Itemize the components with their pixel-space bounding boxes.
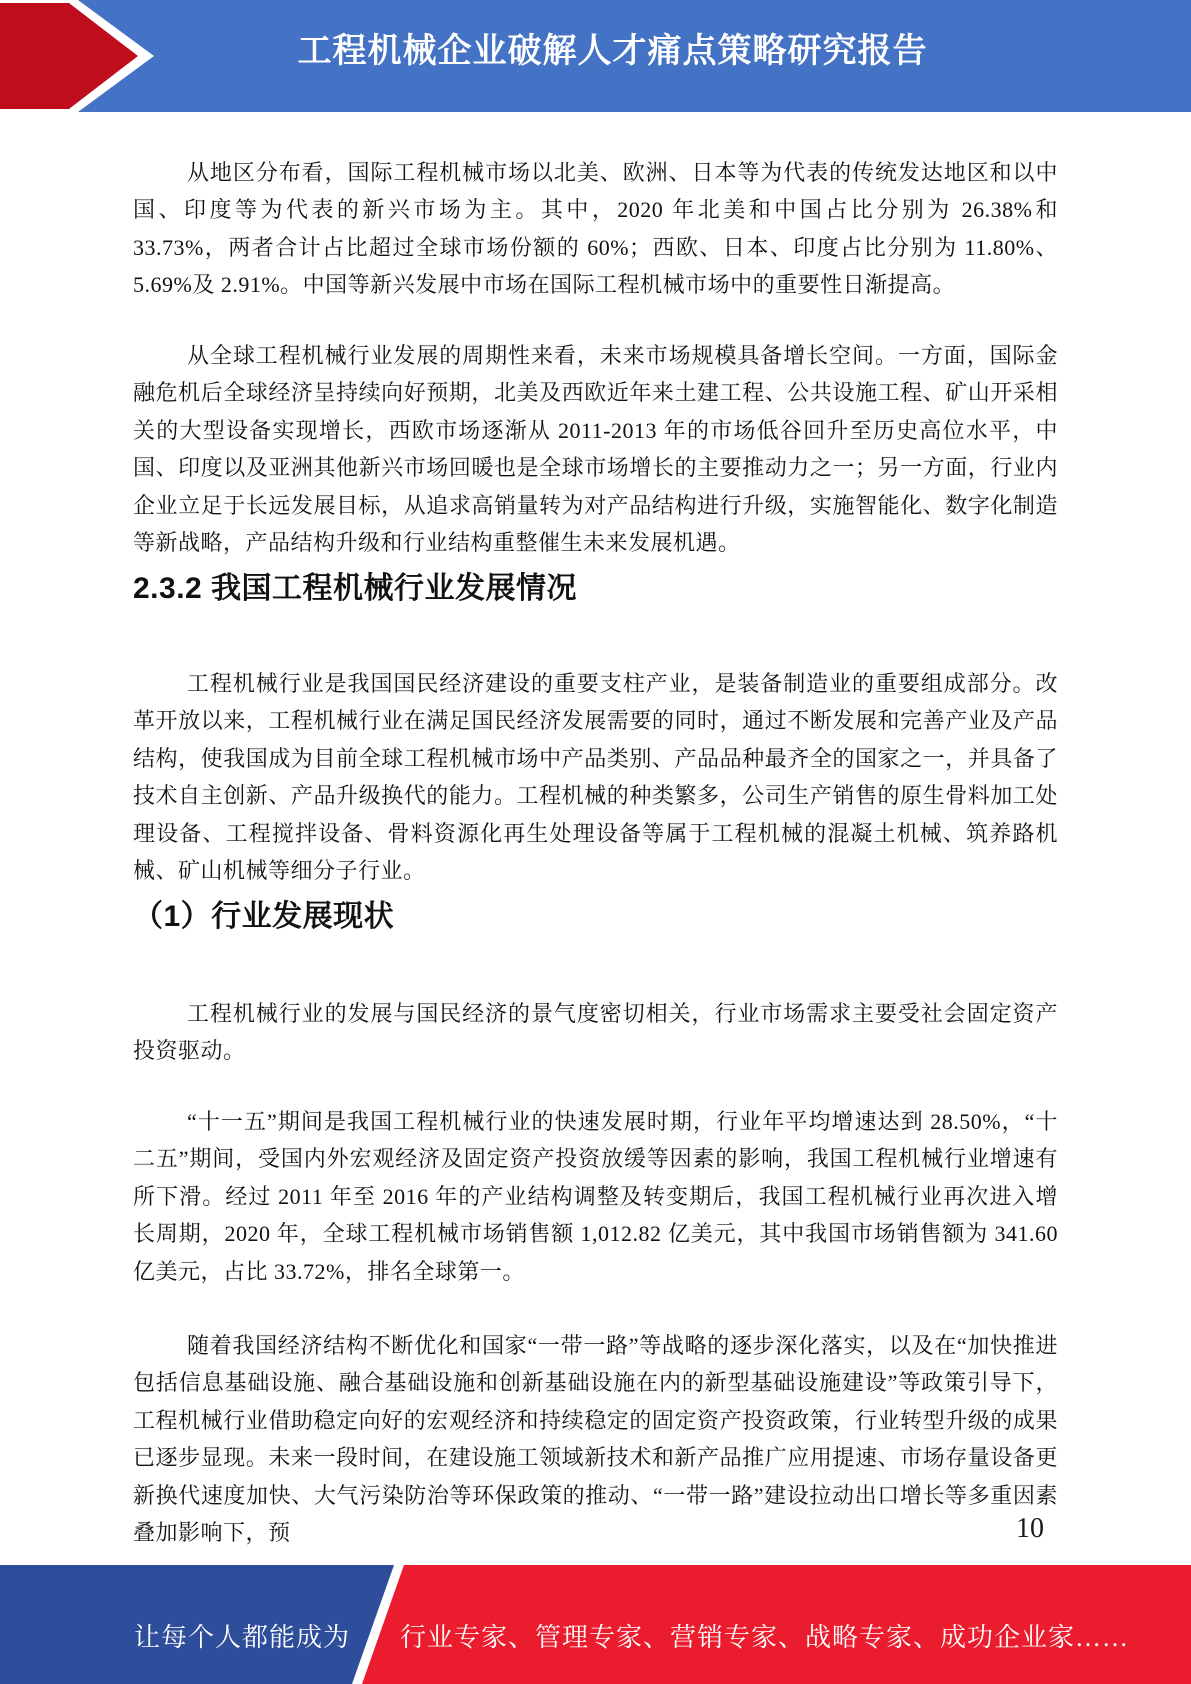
section-heading-2-3-2: 2.3.2 我国工程机械行业发展情况	[133, 569, 1058, 609]
footer-slogan-right: 行业专家、管理专家、营销专家、战略专家、成功企业家……	[400, 1625, 1160, 1651]
header-banner: 工程机械企业破解人才痛点策略研究报告	[0, 0, 1191, 112]
body-paragraph-fixed-asset-investment: 工程机械行业的发展与国民经济的景气度密切相关，行业市场需求主要受社会固定资产投资…	[133, 995, 1058, 1070]
body-paragraph-global-cycle: 从全球工程机械行业发展的周期性来看，未来市场规模具备增长空间。一方面，国际金融危…	[133, 337, 1058, 561]
body-paragraph-region-distribution: 从地区分布看，国际工程机械市场以北美、欧洲、日本等为代表的传统发达地区和以中国、…	[133, 154, 1058, 304]
body-paragraph-five-year-plans: “十一五”期间是我国工程机械行业的快速发展时期，行业年平均增速达到 28.50%…	[133, 1103, 1058, 1290]
footer-band: 让每个人都能成为 行业专家、管理专家、营销专家、战略专家、成功企业家……	[0, 1565, 1191, 1684]
body-paragraph-belt-and-road: 随着我国经济结构不断优化和国家“一带一路”等战略的逐步深化落实，以及在“加快推进…	[133, 1327, 1058, 1551]
page-title: 工程机械企业破解人才痛点策略研究报告	[0, 0, 1191, 112]
body-paragraph-domestic-industry: 工程机械行业是我国国民经济建设的重要支柱产业，是装备制造业的重要组成部分。改革开…	[133, 665, 1058, 889]
footer-text-row: 让每个人都能成为 行业专家、管理专家、营销专家、战略专家、成功企业家……	[0, 1565, 1191, 1684]
page-number: 10	[1016, 1512, 1044, 1546]
footer-slogan-left: 让每个人都能成为	[0, 1625, 350, 1651]
document-page: 工程机械企业破解人才痛点策略研究报告 从地区分布看，国际工程机械市场以北美、欧洲…	[0, 0, 1191, 1684]
subsection-heading-industry-status: （1）行业发展现状	[133, 897, 1058, 937]
